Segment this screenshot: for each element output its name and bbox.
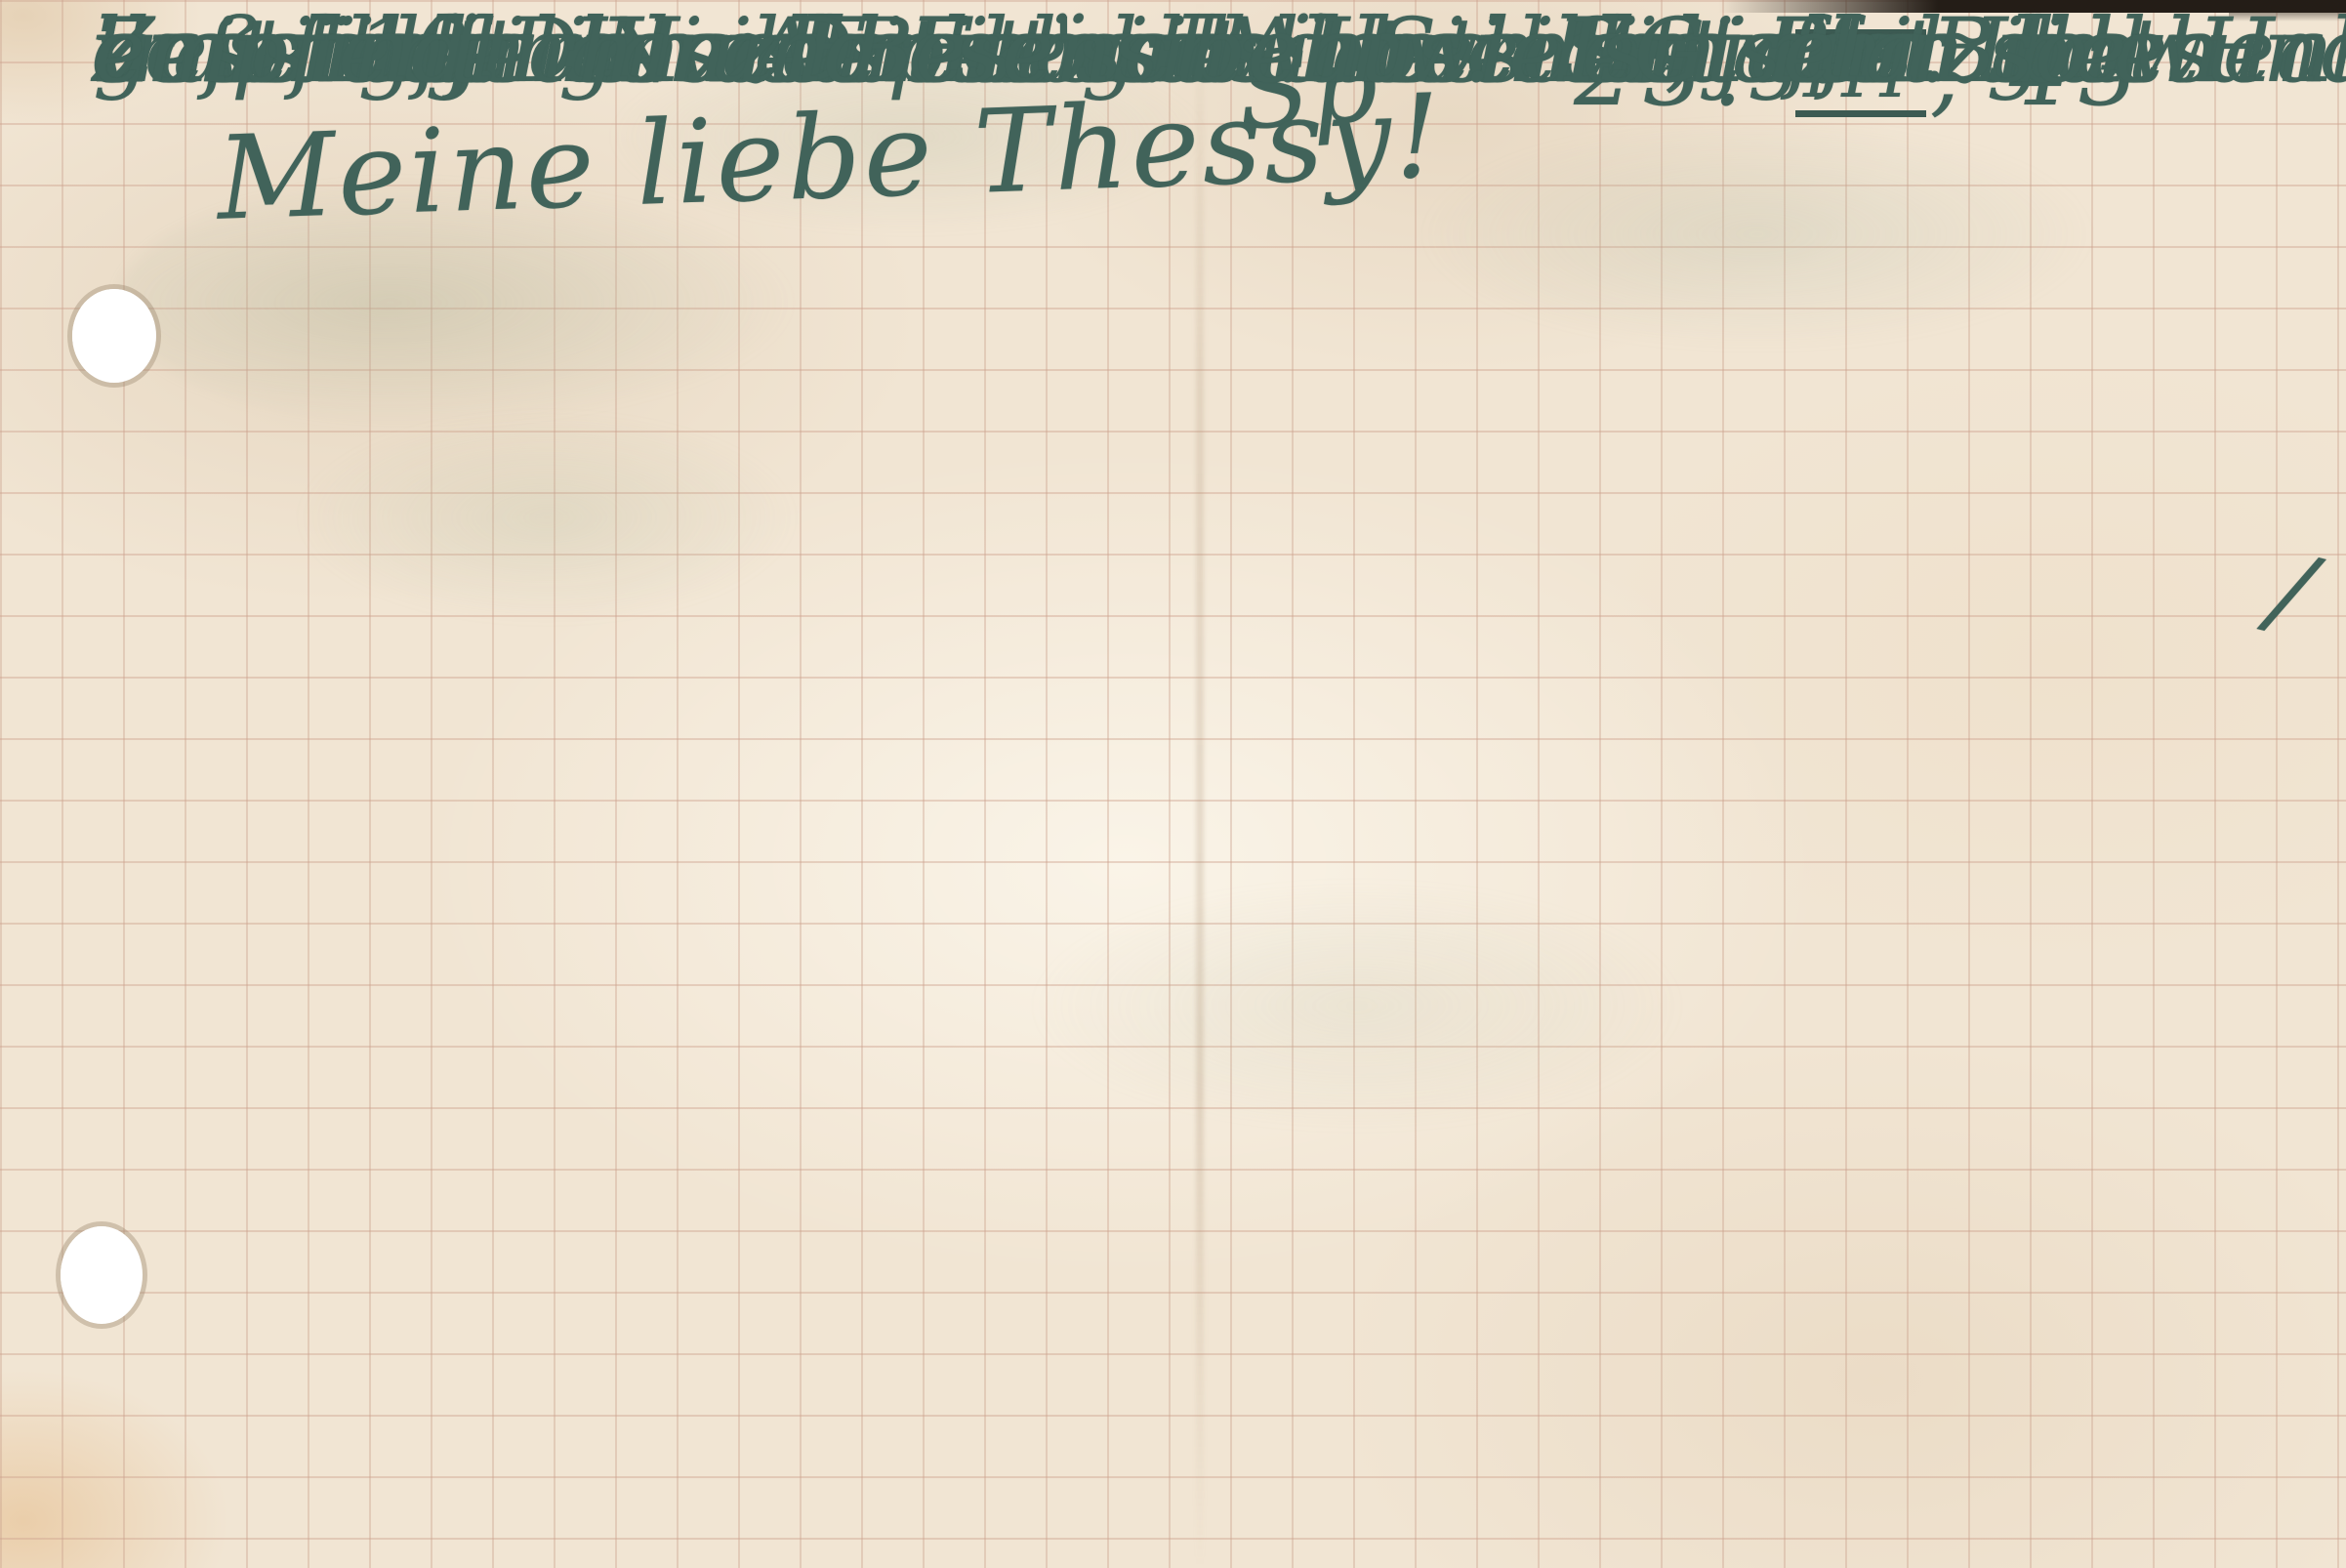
body-line-10: empfindlich und sensibel wie Gisela. (93, 0, 1949, 103)
ink-bleed-smudge (293, 410, 801, 625)
punch-hole-top (72, 289, 156, 383)
stray-pen-mark: / (2261, 530, 2324, 654)
ink-bleed-smudge (1025, 879, 1689, 1133)
punch-hole-bottom (61, 1226, 143, 1324)
letter-page: Sp 23. III, 43 Meine liebe Thessy! unwil… (0, 0, 2346, 1568)
fold-crease (1196, 0, 1204, 1568)
ink-bleed-smudge (1416, 117, 2099, 351)
